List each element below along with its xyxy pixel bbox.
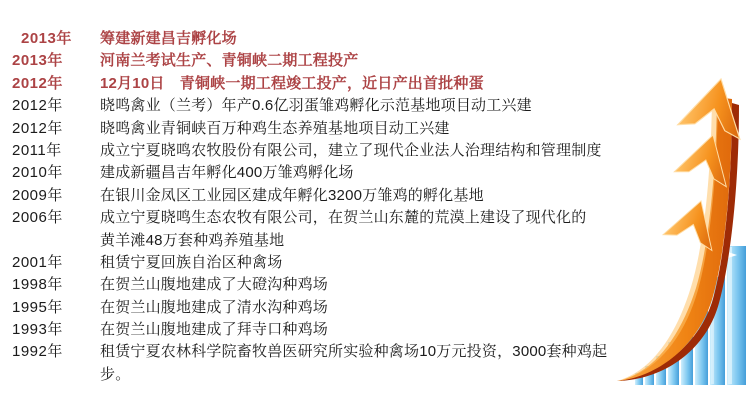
timeline-row: 2013年 河南兰考试生产、青铜峡二期工程投产 <box>12 50 632 72</box>
timeline-row: 1998年 在贺兰山腹地建成了大磴沟种鸡场 <box>12 274 632 296</box>
timeline-year: 1995年 <box>12 297 100 319</box>
timeline-text: 租赁宁夏回族自治区种禽场 <box>100 252 632 274</box>
timeline-year: 2012年 <box>12 118 100 140</box>
timeline-row: 2009年 在银川金凤区工业园区建成年孵化3200万雏鸡的孵化基地 <box>12 185 632 207</box>
timeline-text: 河南兰考试生产、青铜峡二期工程投产 <box>100 50 632 72</box>
timeline-text: 12月10日 青铜峡一期工程竣工投产，近日产出首批种蛋 <box>100 73 632 95</box>
timeline-row: 2011年 成立宁夏晓鸣农牧股份有限公司，建立了现代企业法人治理结构和管理制度 <box>12 140 632 162</box>
timeline-row: 1992年 租赁宁夏农林科学院畜牧兽医研究所实验种禽场10万元投资，3000套种… <box>12 341 632 363</box>
timeline-row: 黄羊滩48万套种鸡养殖基地 <box>12 230 632 252</box>
timeline-year: 2013年 <box>12 50 100 72</box>
timeline-text: 在贺兰山腹地建成了清水沟种鸡场 <box>100 297 632 319</box>
timeline-year: 2006年 <box>12 207 100 229</box>
timeline-text: 租赁宁夏农林科学院畜牧兽医研究所实验种禽场10万元投资，3000套种鸡起步。 <box>100 341 632 386</box>
timeline-row: 2012年 晓鸣禽业（兰考）年产0.6亿羽蛋雏鸡孵化示范基地项目动工兴建 <box>12 95 632 117</box>
timeline-text: 黄羊滩48万套种鸡养殖基地 <box>100 230 632 252</box>
timeline-text: 筹建新建昌吉孵化场 <box>100 28 632 50</box>
timeline-row: 1993年 在贺兰山腹地建成了拜寺口种鸡场 <box>12 319 632 341</box>
timeline-year: 1993年 <box>12 319 100 341</box>
timeline-row: 1995年 在贺兰山腹地建成了清水沟种鸡场 <box>12 297 632 319</box>
timeline-year: 2010年 <box>12 162 100 184</box>
timeline-row: 2012年 12月10日 青铜峡一期工程竣工投产，近日产出首批种蛋 <box>12 73 632 95</box>
timeline-text: 建成新疆昌吉年孵化400万雏鸡孵化场 <box>100 162 632 184</box>
timeline: 2013年 筹建新建昌吉孵化场 2013年 河南兰考试生产、青铜峡二期工程投产 … <box>12 28 632 364</box>
timeline-text: 在贺兰山腹地建成了大磴沟种鸡场 <box>100 274 632 296</box>
timeline-year: 2012年 <box>12 73 100 95</box>
timeline-year: 1992年 <box>12 341 100 363</box>
timeline-row: 2012年 晓鸣禽业青铜峡百万种鸡生态养殖基地项目动工兴建 <box>12 118 632 140</box>
timeline-text: 在贺兰山腹地建成了拜寺口种鸡场 <box>100 319 632 341</box>
timeline-year: 2001年 <box>12 252 100 274</box>
timeline-text: 成立宁夏晓鸣农牧股份有限公司，建立了现代企业法人治理结构和管理制度 <box>100 140 632 162</box>
timeline-text: 晓鸣禽业（兰考）年产0.6亿羽蛋雏鸡孵化示范基地项目动工兴建 <box>100 95 632 117</box>
timeline-row: 2013年 筹建新建昌吉孵化场 <box>12 28 632 50</box>
slide: 2013年 筹建新建昌吉孵化场 2013年 河南兰考试生产、青铜峡二期工程投产 … <box>0 0 750 419</box>
timeline-year: 2013年 <box>12 28 100 50</box>
timeline-text: 成立宁夏晓鸣生态农牧有限公司，在贺兰山东麓的荒漠上建设了现代化的 <box>100 207 632 229</box>
timeline-year: 1998年 <box>12 274 100 296</box>
timeline-text: 在银川金凤区工业园区建成年孵化3200万雏鸡的孵化基地 <box>100 185 632 207</box>
timeline-year: 2011年 <box>12 140 100 162</box>
timeline-text: 晓鸣禽业青铜峡百万种鸡生态养殖基地项目动工兴建 <box>100 118 632 140</box>
timeline-year: 2009年 <box>12 185 100 207</box>
timeline-year: 2012年 <box>12 95 100 117</box>
timeline-row: 2001年 租赁宁夏回族自治区种禽场 <box>12 252 632 274</box>
timeline-row: 2006年 成立宁夏晓鸣生态农牧有限公司，在贺兰山东麓的荒漠上建设了现代化的 <box>12 207 632 229</box>
timeline-row: 2010年 建成新疆昌吉年孵化400万雏鸡孵化场 <box>12 162 632 184</box>
growth-arrows-bar-chart-icon <box>615 73 750 395</box>
